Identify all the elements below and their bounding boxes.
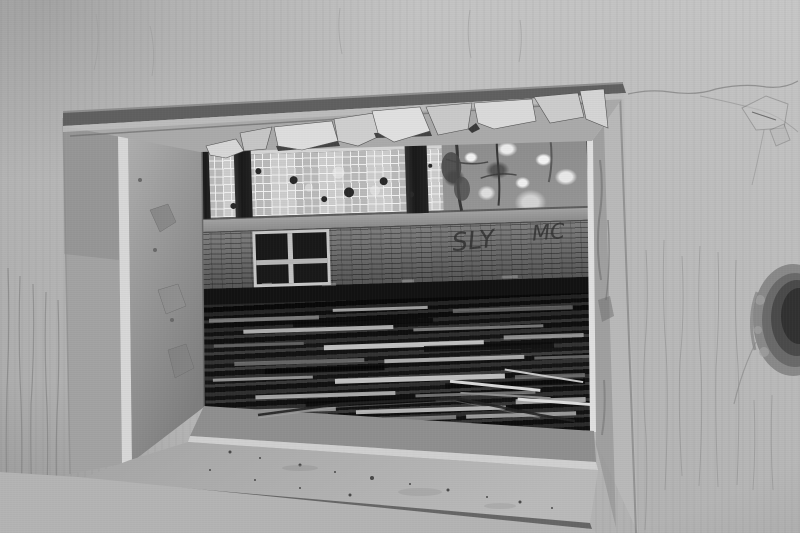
- photograph: SLY MC: [0, 0, 800, 533]
- pillar-middle: [234, 147, 253, 217]
- room-view: SLY MC: [202, 139, 591, 431]
- pillar-right: [404, 137, 428, 214]
- white-frame-object: [252, 229, 331, 287]
- room-view-content: SLY MC: [197, 127, 607, 451]
